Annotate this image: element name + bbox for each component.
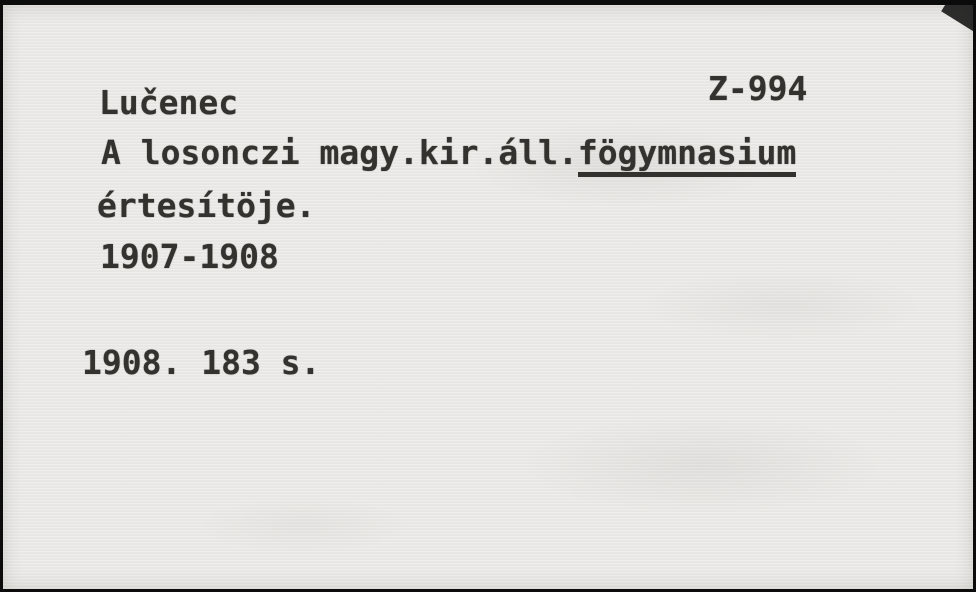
title-line-2: értesítöje. [97,189,316,222]
catalog-card-paper: Lučenec Z-994 A losonczi magy.kir.áll.fö… [3,5,973,589]
place-heading: Lučenec [99,86,238,119]
title-underlined-term: fögymnasium [578,133,797,177]
title-line-1-prefix: A losonczi magy.kir.áll. [101,133,578,172]
coverage-years: 1907-1908 [100,240,279,273]
title-line-1: A losonczi magy.kir.áll.fögymnasium [101,136,796,169]
imprint-line: 1908. 183 s. [82,346,320,379]
call-number: Z-994 [708,72,807,105]
scanned-card-image: Lučenec Z-994 A losonczi magy.kir.áll.fö… [0,0,976,592]
typewritten-text-layer: Lučenec Z-994 A losonczi magy.kir.áll.fö… [3,5,973,589]
